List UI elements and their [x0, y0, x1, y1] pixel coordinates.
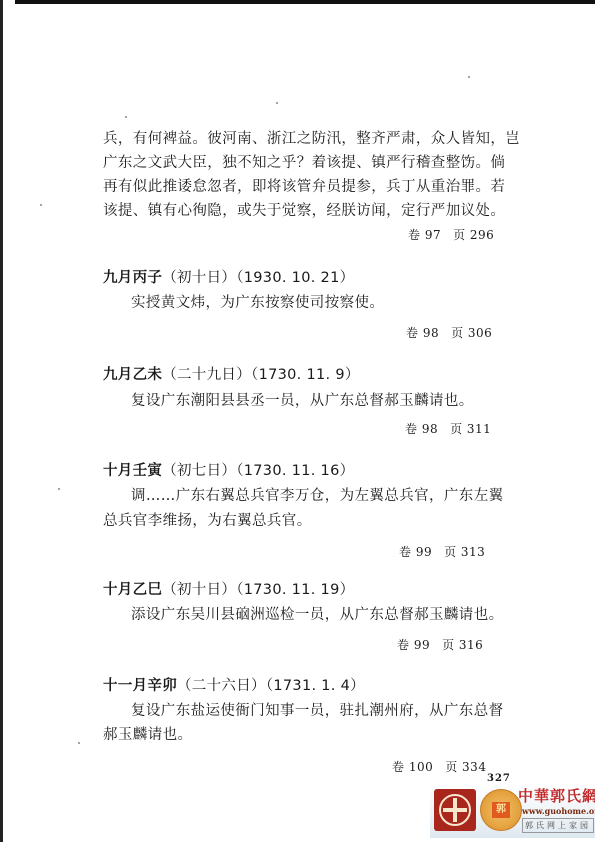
citation: 卷 99页 313 — [399, 543, 485, 560]
citation: 卷 99页 316 — [397, 636, 483, 653]
scan-speck — [276, 102, 278, 104]
citation-page: 页 296 — [453, 228, 494, 242]
text-line: 兵，有何裨益。彼河南、浙江之防汛，整齐严肃，众人皆知，岂 — [103, 127, 548, 151]
citation-volume: 卷 100 — [392, 760, 433, 774]
citation: 卷 100页 334 — [392, 758, 486, 775]
citation: 卷 98页 306 — [406, 324, 492, 341]
citation: 卷 97页 296 — [408, 226, 494, 243]
scan-speck — [78, 742, 80, 744]
entry-heading: 九月乙未（二十九日）（1730. 11. 9） — [103, 363, 360, 384]
entry-body-line: 总兵官李维扬，为右翼总兵官。 — [103, 509, 312, 530]
seal-char: 郭 — [492, 802, 510, 818]
entry-body-line: 添设广东吴川县硇洲巡检一员，从广东总督郝玉麟请也。 — [131, 603, 504, 624]
site-watermark: 郭 中華郭氏網 www.guohome.org 郭氏网上家园 — [430, 783, 595, 838]
entry-date-ganzhi: 九月丙子 — [103, 270, 162, 286]
citation-page: 页 311 — [450, 422, 491, 436]
watermark-url: www.guohome.org — [522, 806, 595, 816]
citation-page: 页 334 — [445, 760, 486, 774]
scan-left-edge — [0, 0, 3, 842]
citation-volume: 卷 98 — [406, 326, 439, 340]
entry-date-ganzhi: 十月乙巳 — [103, 582, 162, 598]
entry-lunar-day: （初十日） — [162, 582, 236, 598]
entry-lunar-day: （初七日） — [162, 463, 236, 479]
entry-date-ganzhi: 十一月辛卯 — [103, 678, 177, 694]
entry-heading: 十月乙巳（初十日）（1730. 11. 19） — [103, 578, 354, 599]
entry-body-line: 郝玉麟请也。 — [103, 723, 192, 744]
entry-lunar-day: （二十六日） — [177, 678, 266, 694]
entry-gregorian-date: （1930. 10. 21） — [236, 270, 354, 286]
citation: 卷 98页 311 — [405, 420, 491, 437]
citation-page: 页 316 — [442, 638, 483, 652]
citation-volume: 卷 98 — [405, 422, 438, 436]
entry-body-line: 调……广东右翼总兵官李万仓，为左翼总兵官，广东左翼 — [131, 484, 504, 505]
entry-gregorian-date: （1730. 11. 9） — [251, 367, 360, 383]
scan-speck — [468, 76, 470, 78]
entry-body-line: 复设广东盐运使衙门知事一员，驻扎潮州府，从广东总督 — [131, 699, 504, 720]
entry-date-ganzhi: 十月壬寅 — [103, 463, 162, 479]
text-line: 该提、镇有心徇隐，或失于觉察，经朕访闻，定行严加议处。 — [103, 199, 548, 223]
watermark-title: 中華郭氏網 — [518, 785, 595, 806]
entry-heading: 九月丙子（初十日）（1930. 10. 21） — [103, 266, 354, 287]
scan-speck — [58, 488, 60, 490]
citation-volume: 卷 99 — [399, 545, 432, 559]
entry-gregorian-date: （1731. 1. 4） — [266, 678, 365, 694]
scan-speck — [125, 116, 127, 118]
entry-gregorian-date: （1730. 11. 19） — [236, 582, 354, 598]
watermark-slogan: 郭氏网上家园 — [522, 818, 594, 833]
citation-volume: 卷 99 — [397, 638, 430, 652]
emblem-icon — [434, 789, 476, 831]
opening-paragraph: 兵，有何裨益。彼河南、浙江之防汛，整齐严肃，众人皆知，岂 广东之文武大臣，独不知… — [103, 127, 548, 223]
entry-body-line: 复设广东潮阳县县丞一员，从广东总督郝玉麟请也。 — [131, 389, 474, 410]
text-line: 广东之文武大臣，独不知之乎？着该提、镇严行稽查整饬。倘 — [103, 151, 548, 175]
entry-gregorian-date: （1730. 11. 16） — [236, 463, 354, 479]
citation-page: 页 306 — [451, 326, 492, 340]
entry-date-ganzhi: 九月乙未 — [103, 367, 162, 383]
coin-seal-icon: 郭 — [480, 789, 522, 831]
entry-heading: 十一月辛卯（二十六日）（1731. 1. 4） — [103, 674, 365, 695]
entry-body-line: 实授黄文炜，为广东按察使司按察使。 — [131, 291, 384, 312]
entry-lunar-day: （初十日） — [162, 270, 236, 286]
citation-page: 页 313 — [444, 545, 485, 559]
entry-lunar-day: （二十九日） — [162, 367, 251, 383]
scan-top-edge — [15, 0, 595, 4]
scan-speck — [40, 204, 42, 206]
text-line: 再有似此推诿怠忽者，即将该管弁员提参，兵丁从重治罪。若 — [103, 175, 548, 199]
citation-volume: 卷 97 — [408, 228, 441, 242]
entry-heading: 十月壬寅（初七日）（1730. 11. 16） — [103, 459, 354, 480]
